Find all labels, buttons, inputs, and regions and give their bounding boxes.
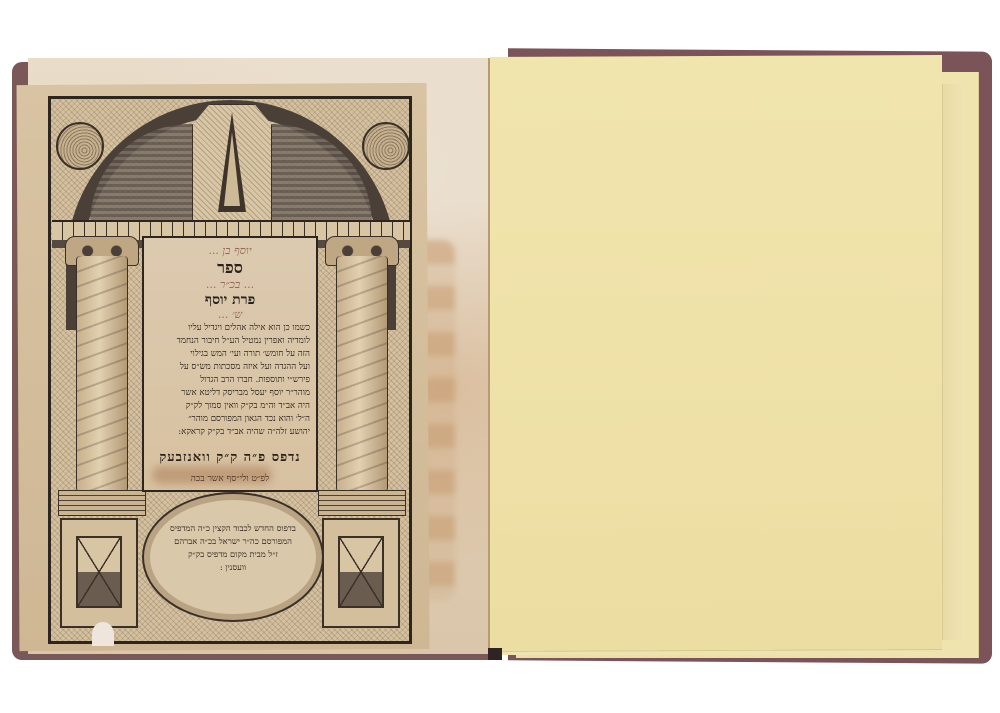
spine-shadow (488, 648, 502, 660)
printer-cartouche: בדפוס החדש לכבוד הקצין כ״ה המדפיס המפורס… (150, 500, 316, 614)
hourglass-panel-left (76, 536, 122, 608)
body-line: לומדיה ואפרין נמטיל הע״ל חיבור הנחמד (150, 335, 310, 348)
orb-ornament-right (362, 122, 410, 170)
cartouche-line: המפורסם כה״ר ישראל בכ״ה אברהם (150, 535, 316, 548)
blank-endpaper-right (490, 55, 942, 651)
body-line: כשמו כן הוא אילה אהלים ויגדיל עליו (150, 322, 310, 335)
body-line: הזה על חומש׳ תורה ועי׳ המש בגילוי (150, 348, 310, 361)
book-subtitle: פרת יוסף (150, 292, 310, 308)
orb-ornament-left (56, 122, 104, 170)
hourglass-panel-right (338, 536, 384, 608)
handwritten-inscription-2: ... בכ״ר ... (150, 278, 310, 292)
pedestal-right (322, 518, 400, 628)
twisted-column-left (76, 256, 128, 492)
body-line: ה״ל׳ והוא נכד הגאון המפורסם מוהר״ (150, 413, 310, 426)
handwritten-inscription-1: יוסף בן ... (150, 244, 310, 258)
ink-stain (152, 466, 272, 484)
cartouche-line: בדפוס החדש לכבוד הקצין כ״ה המדפיס (150, 522, 316, 535)
body-line: היה אב״ד וה״מ בק״ק וואין סמוך לק״ק (150, 400, 310, 413)
cartouche-line: ז״ל מבית מקום מדפיס בק״ק (150, 548, 316, 561)
book-title: ספר (150, 259, 310, 277)
body-line: מוהר״ר יוסף יעסל מבריסק דליטא אשר (150, 387, 310, 400)
cartouche-line: וועסנין : (150, 561, 316, 574)
body-line: פירש״י ותוספות. חברו הרב הגדול (150, 374, 310, 387)
column-base-left (58, 490, 146, 516)
imprint-place: נדפס פ״ה ק״ק וואנזבעק (150, 449, 310, 465)
twisted-column-right (336, 256, 388, 492)
body-line: יהושע זלה״ה שהיה אב״ד בק״ק קראקא: (150, 426, 310, 439)
pedestal-left (60, 518, 138, 628)
endpaper-edge (942, 84, 965, 640)
handwritten-inscription-3: ש׳ ... (150, 308, 310, 322)
column-base-right (318, 490, 406, 516)
title-text-panel: יוסף בן ... ספר ... בכ״ר ... פרת יוסף ש׳… (142, 236, 318, 492)
body-line: ועל ההגדה ועל איזה מסכתות משׂ״ס על (150, 361, 310, 374)
paper-tear (92, 622, 114, 646)
